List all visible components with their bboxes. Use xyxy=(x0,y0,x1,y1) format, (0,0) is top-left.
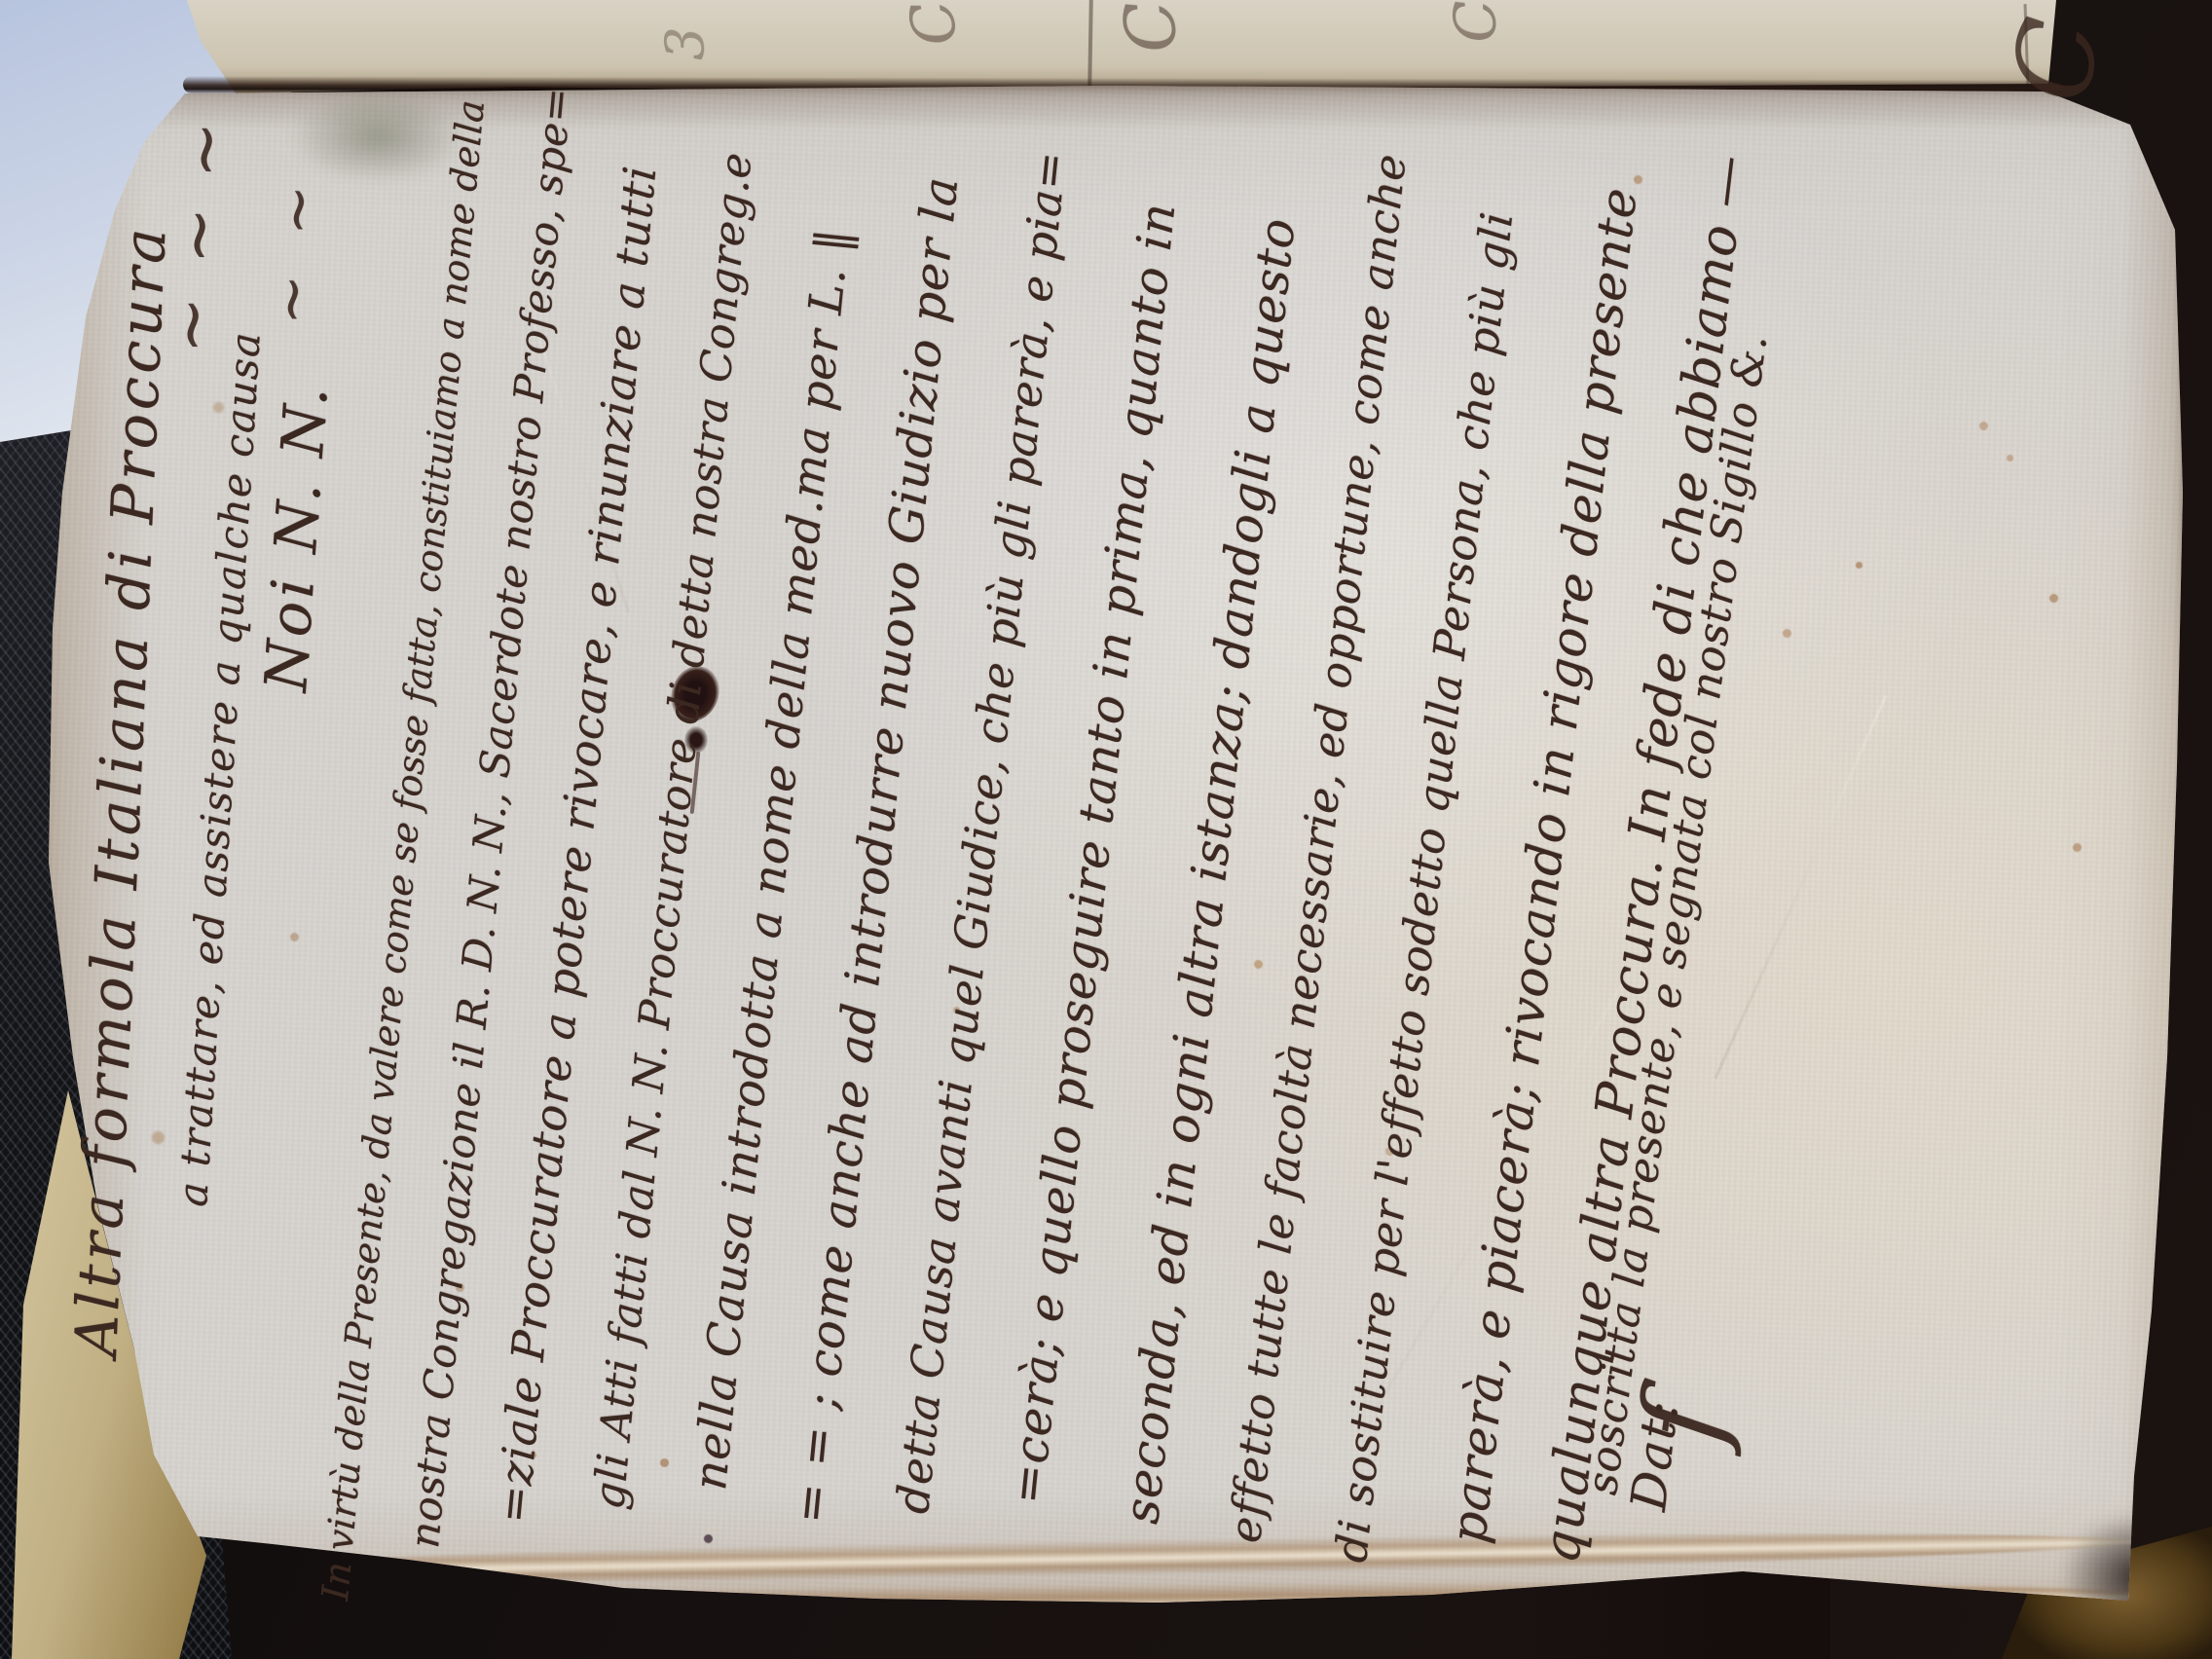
pen-flourish: ~ xyxy=(161,205,237,265)
pen-flourish: ~ xyxy=(154,295,230,354)
pen-flourish: ~ xyxy=(264,183,332,237)
handwriting-layer: Altra formola Italiana di Proccuraa trat… xyxy=(0,0,2212,1659)
pen-flourish: ~ xyxy=(167,120,243,179)
pen-flourish: ~ xyxy=(258,273,326,326)
pen-flourish: 3 xyxy=(657,27,714,60)
pen-flourish: C xyxy=(1444,0,1508,45)
manuscript-text-line: Altra formola Italiana di Proccura xyxy=(65,224,177,1358)
manuscript-text-line: a trattare, ed assistere a qualche causa xyxy=(170,330,268,1208)
pen-flourish: C xyxy=(1994,12,2120,109)
manuscript-text-line: Noi N. N. xyxy=(255,381,340,693)
pen-flourish: C xyxy=(1112,0,1191,56)
pen-flourish: C xyxy=(900,0,970,51)
photo-of-manuscript-book: Altra formola Italiana di Proccuraa trat… xyxy=(0,0,2212,1659)
